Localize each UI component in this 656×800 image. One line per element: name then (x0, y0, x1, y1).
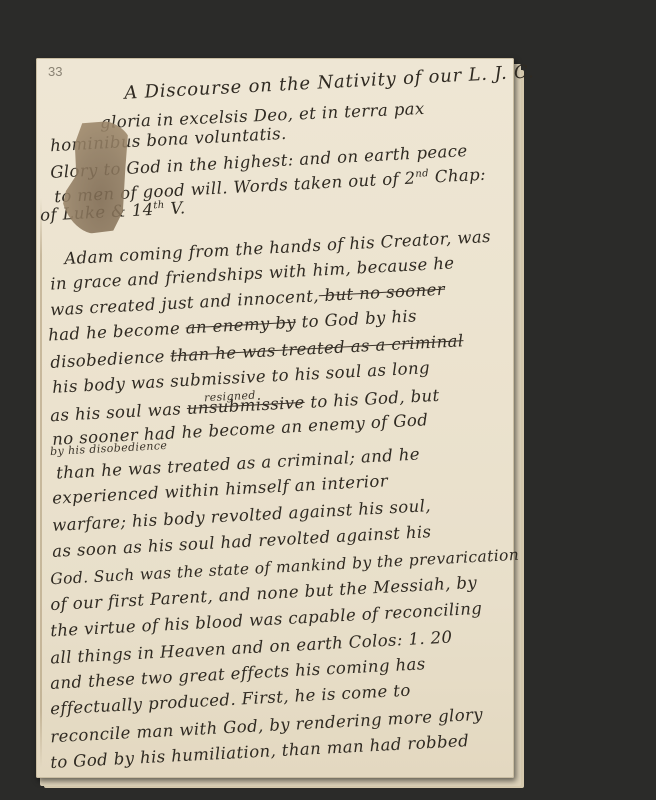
text-line-9-main: had he become (48, 318, 186, 344)
text-line-10-main: disobedience (50, 347, 171, 372)
struck-text: an enemy by (185, 313, 296, 338)
folio-number: 33 (48, 64, 62, 79)
manuscript-page: 33 A Discourse on the Nativity of our L.… (36, 58, 514, 778)
superscript-th: th (153, 200, 165, 212)
text-line-4-tail: Chap: (429, 165, 487, 187)
text-line-12-main: as his soul was (50, 399, 188, 425)
text-line-12-tail: to his God, but (304, 386, 440, 412)
text-line-5-tail: V. (164, 198, 186, 218)
margin-fold-line (40, 198, 42, 768)
superscript-nd: nd (415, 168, 429, 180)
text-line-9-tail: to God by his (295, 306, 417, 331)
page-title: A Discourse on the Nativity of our L. J.… (124, 61, 535, 103)
struck-text: but no sooner (318, 280, 445, 306)
